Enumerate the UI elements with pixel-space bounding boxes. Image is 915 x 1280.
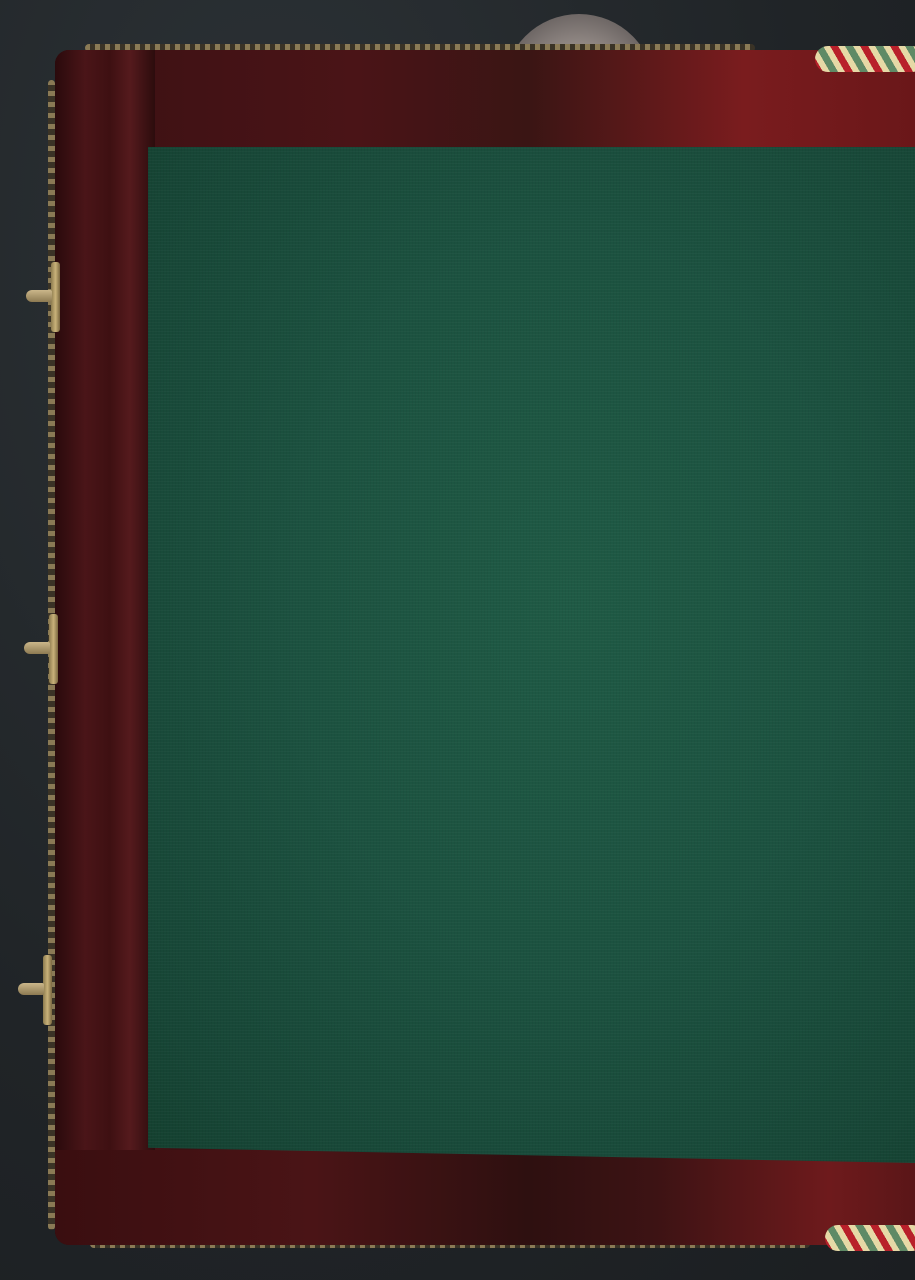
- leather-turn-in-top: [55, 50, 915, 150]
- braided-cord-bottom: [825, 1225, 915, 1251]
- clasp-pin-1: [20, 262, 60, 332]
- clasp-pin-3: [12, 955, 52, 1025]
- clasp-pin-2: [18, 614, 58, 684]
- green-cloth-pastedown: [148, 147, 915, 1163]
- leather-turn-in-left: [55, 50, 155, 1245]
- braided-cord-top: [815, 46, 915, 72]
- leather-turn-in-bottom: [55, 1150, 915, 1245]
